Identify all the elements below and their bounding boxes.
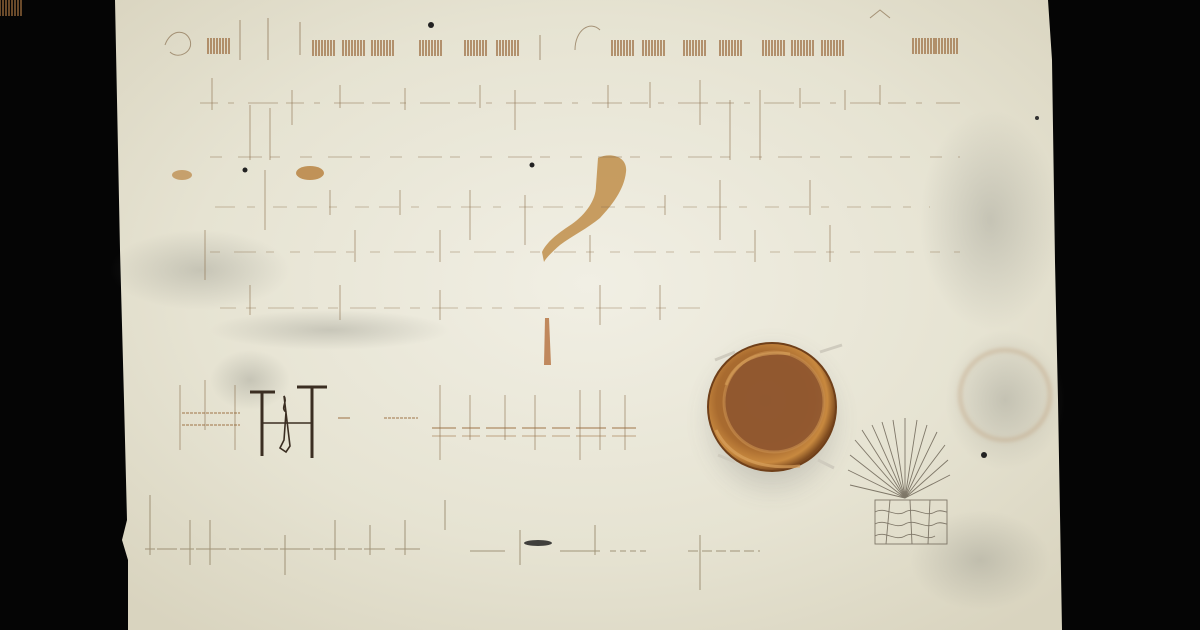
parchment-illustration (0, 0, 1200, 630)
parchment-charter (0, 0, 1200, 630)
